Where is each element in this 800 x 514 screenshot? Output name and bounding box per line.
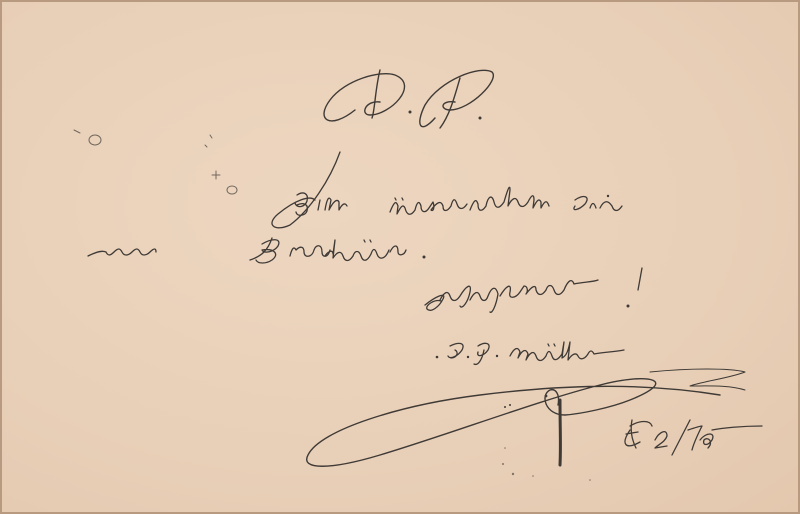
closing-line-ink (425, 268, 642, 312)
body-line-1-ink (272, 152, 622, 228)
heading-pp-ink (324, 70, 493, 128)
ink-specks (502, 447, 591, 481)
body-line-2-ink (88, 238, 426, 263)
signature-ink (436, 342, 624, 364)
handwriting-ink (0, 0, 800, 514)
reference-number-ink (625, 420, 762, 455)
emboss-marks (74, 130, 237, 194)
flourish-paraph-ink (307, 369, 745, 466)
postcard: P. P. Bitte übersenden Sie mir Brochüre.… (0, 0, 800, 514)
